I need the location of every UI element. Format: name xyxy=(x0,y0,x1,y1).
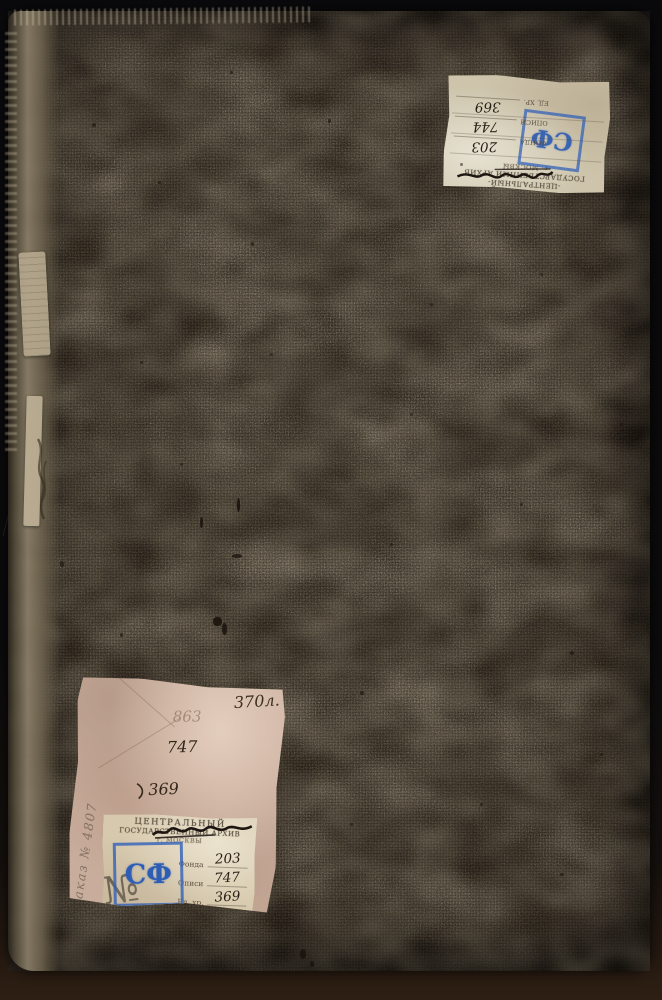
weave-hole xyxy=(213,617,222,626)
weave-hole xyxy=(600,753,603,756)
weave-hole xyxy=(222,623,227,635)
title-label-bottom: 370л. 863 747 369 Заказ № 4807 ЦЕНТРАЛЬН… xyxy=(65,675,287,915)
weave-hole xyxy=(410,413,413,416)
weave-hole xyxy=(60,561,64,567)
weave-hole xyxy=(120,633,123,637)
delo-value: 369 xyxy=(475,99,501,115)
delo-number-handwritten: 369 xyxy=(134,779,179,800)
weave-hole xyxy=(251,242,254,246)
weave-hole xyxy=(390,543,393,546)
weave-hole xyxy=(328,119,331,123)
weave-hole xyxy=(480,803,483,806)
opis-value: 744 xyxy=(472,119,498,135)
archive-label-bottom: ЦЕНТРАЛЬНЫЙ ГОСУДАРСТВЕННЫЙ АРХИВ г. МОС… xyxy=(100,813,258,924)
weave-hole xyxy=(350,823,353,826)
weave-hole xyxy=(200,517,203,528)
crease-line xyxy=(107,667,175,727)
weave-hole xyxy=(310,961,314,967)
sheet-count-note: 370л. xyxy=(234,690,281,712)
weave-hole xyxy=(270,353,273,356)
scan-photo: -ЦЕНТРАЛЬНЫЙ- ГОСУДАРСТВЕННЫЙ АРХИВ г. М… xyxy=(0,0,662,1000)
frayed-left-edge xyxy=(5,31,17,451)
weave-hole xyxy=(360,691,364,695)
weave-hole xyxy=(560,873,564,876)
frayed-top-edge xyxy=(14,6,314,25)
weave-hole xyxy=(620,423,623,426)
spine-paper-strip xyxy=(23,396,42,526)
book-cover: -ЦЕНТРАЛЬНЫЙ- ГОСУДАРСТВЕННЫЙ АРХИВ г. М… xyxy=(8,11,650,971)
opis-value: 747 xyxy=(214,869,241,886)
weave-hole xyxy=(520,503,523,506)
weave-hole xyxy=(232,554,242,558)
weave-hole xyxy=(237,498,240,512)
pen-flourish xyxy=(134,781,149,800)
opis-number-handwritten: 747 xyxy=(167,737,198,757)
fond-value: 203 xyxy=(471,139,497,155)
faded-number: 863 xyxy=(173,707,202,725)
delo-label: ЕД. ХР. xyxy=(523,98,549,108)
order-number-note: Заказ № 4807 xyxy=(69,801,100,909)
weave-hole xyxy=(460,163,463,166)
archive-label-top: -ЦЕНТРАЛЬНЫЙ- ГОСУДАРСТВЕННЫЙ АРХИВ г. М… xyxy=(442,72,613,196)
weave-hole xyxy=(430,303,433,306)
weave-hole xyxy=(158,181,161,184)
sf-stamp-bottom: СФ xyxy=(113,842,184,907)
fond-value: 203 xyxy=(215,850,242,867)
spine-label-remnant xyxy=(18,251,50,356)
weave-hole xyxy=(300,949,306,959)
weave-hole xyxy=(540,273,543,276)
weave-hole xyxy=(180,463,183,466)
delo-value: 369 xyxy=(214,888,241,905)
weave-hole xyxy=(230,71,233,74)
weave-hole xyxy=(140,361,143,364)
weave-hole xyxy=(570,651,574,655)
weave-hole xyxy=(92,123,96,127)
